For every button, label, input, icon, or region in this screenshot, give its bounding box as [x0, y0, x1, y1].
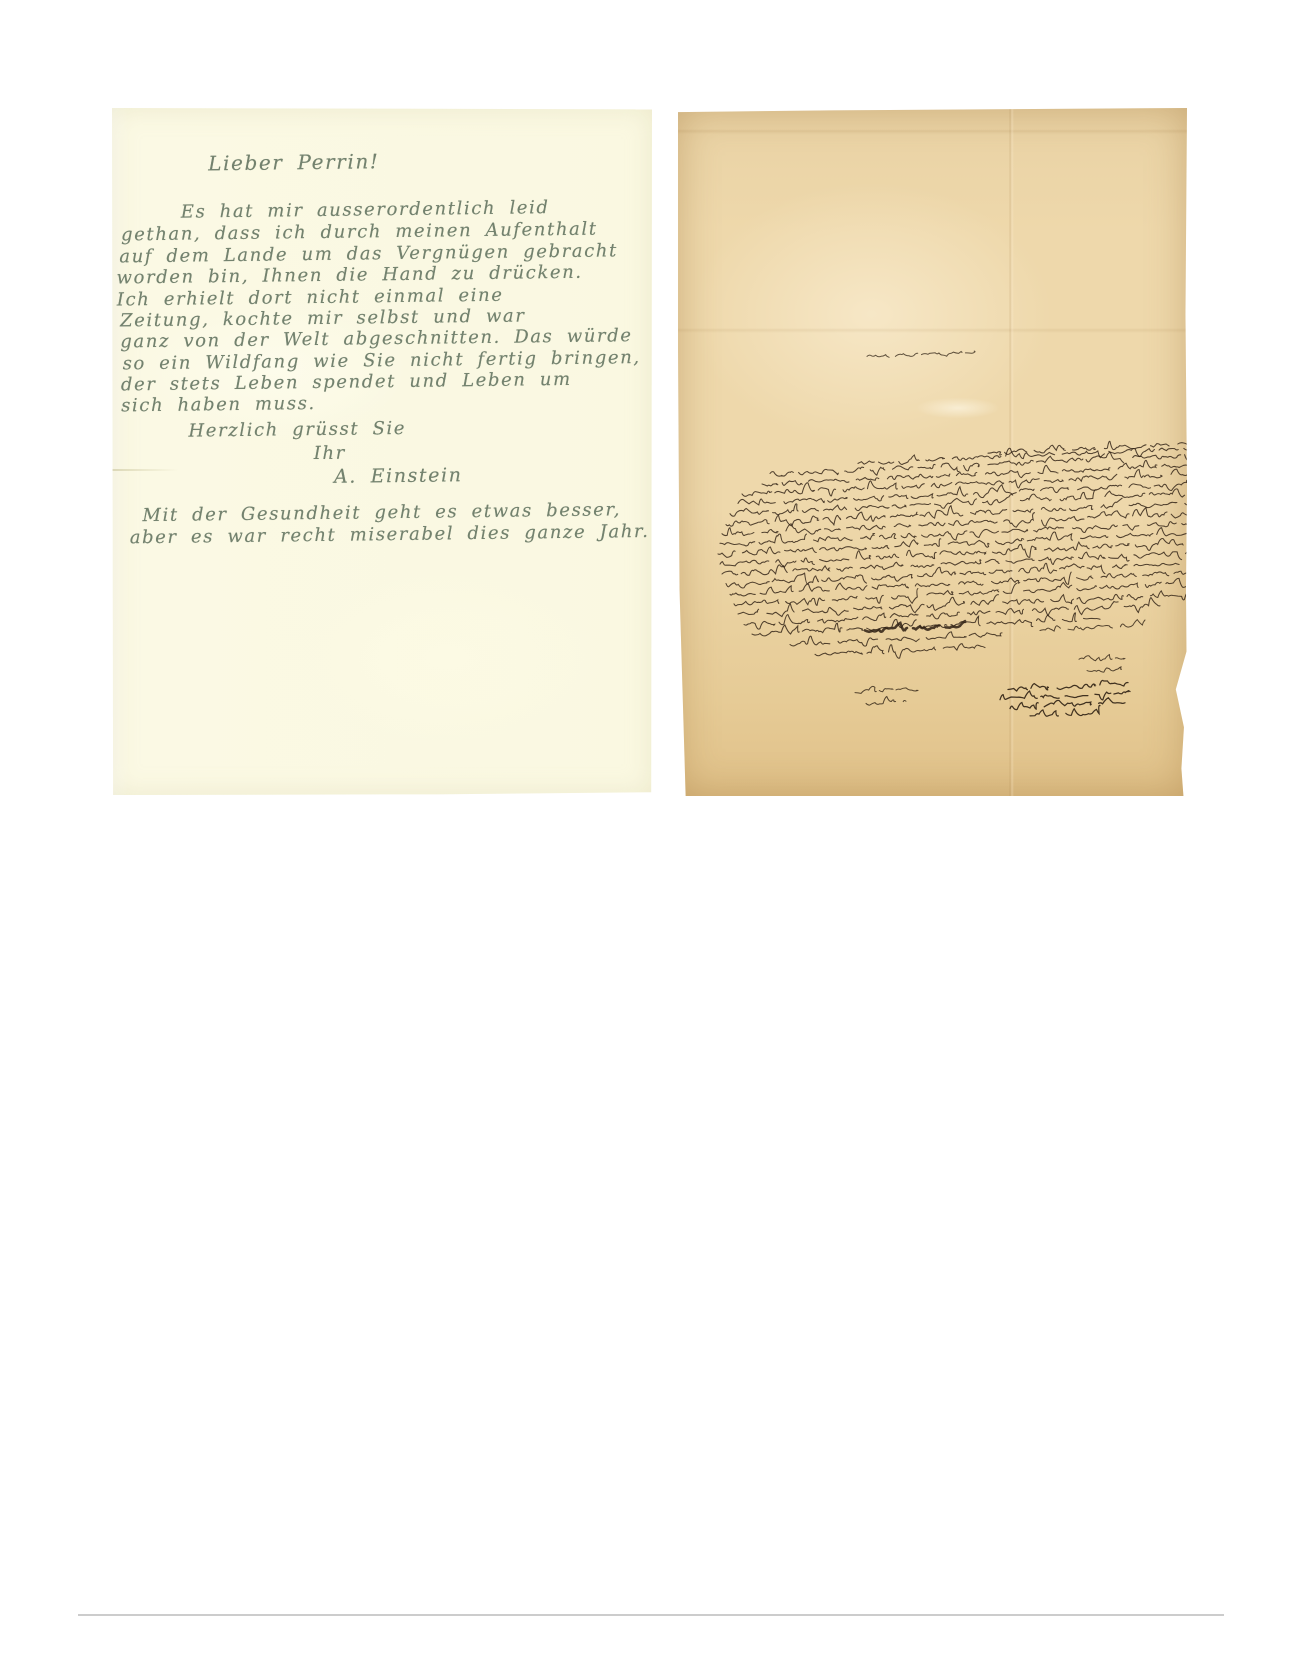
scribble-line	[855, 686, 918, 693]
einstein-letter-scan: Lieber Perrin!Es hat mir ausserordentlic…	[112, 108, 652, 795]
scribble-line	[726, 561, 1187, 588]
scribble-line	[815, 644, 985, 659]
scribble-line	[1010, 698, 1125, 710]
scribble-line	[1040, 620, 1145, 632]
handwritten-line-body: der stets Leben spendet und Leben um	[121, 369, 572, 396]
scribble-line	[1008, 680, 1128, 691]
handwritten-line-body: sich haben muss.	[121, 393, 316, 416]
scribble-line	[790, 632, 1002, 646]
handwritten-line-closing: Herzlich grüsst Sie	[188, 418, 406, 442]
scribble-line	[722, 508, 1187, 536]
handwritten-line-signature: A. Einstein	[334, 464, 463, 488]
handwriting-scribbles	[678, 108, 1187, 796]
scribble-line	[1030, 705, 1100, 716]
handwritten-line-body: worden bin, Ihnen die Hand zu drücken.	[116, 262, 582, 289]
scribble-line	[866, 697, 906, 706]
scribble-line	[1079, 655, 1125, 661]
scribble-line	[865, 621, 965, 632]
scribble-line	[738, 591, 1187, 617]
footer-divider	[78, 1614, 1224, 1616]
scribble-line	[858, 446, 1187, 465]
scribble-line	[742, 469, 1187, 496]
scribble-line	[867, 351, 975, 357]
scanned-letters-page: Lieber Perrin!Es hat mir ausserordentlic…	[0, 0, 1301, 1672]
scribble-line	[720, 539, 1187, 568]
handwritten-text-layer: Lieber Perrin!Es hat mir ausserordentlic…	[112, 102, 660, 796]
scribble-line	[752, 613, 1100, 636]
handwritten-line-salutation: Lieber Perrin!	[208, 149, 380, 175]
aged-french-letter-scan	[678, 108, 1187, 796]
handwritten-line-valediction: Ihr	[314, 443, 346, 464]
scribble-line	[1087, 667, 1122, 672]
scribble-line	[1000, 691, 1130, 700]
